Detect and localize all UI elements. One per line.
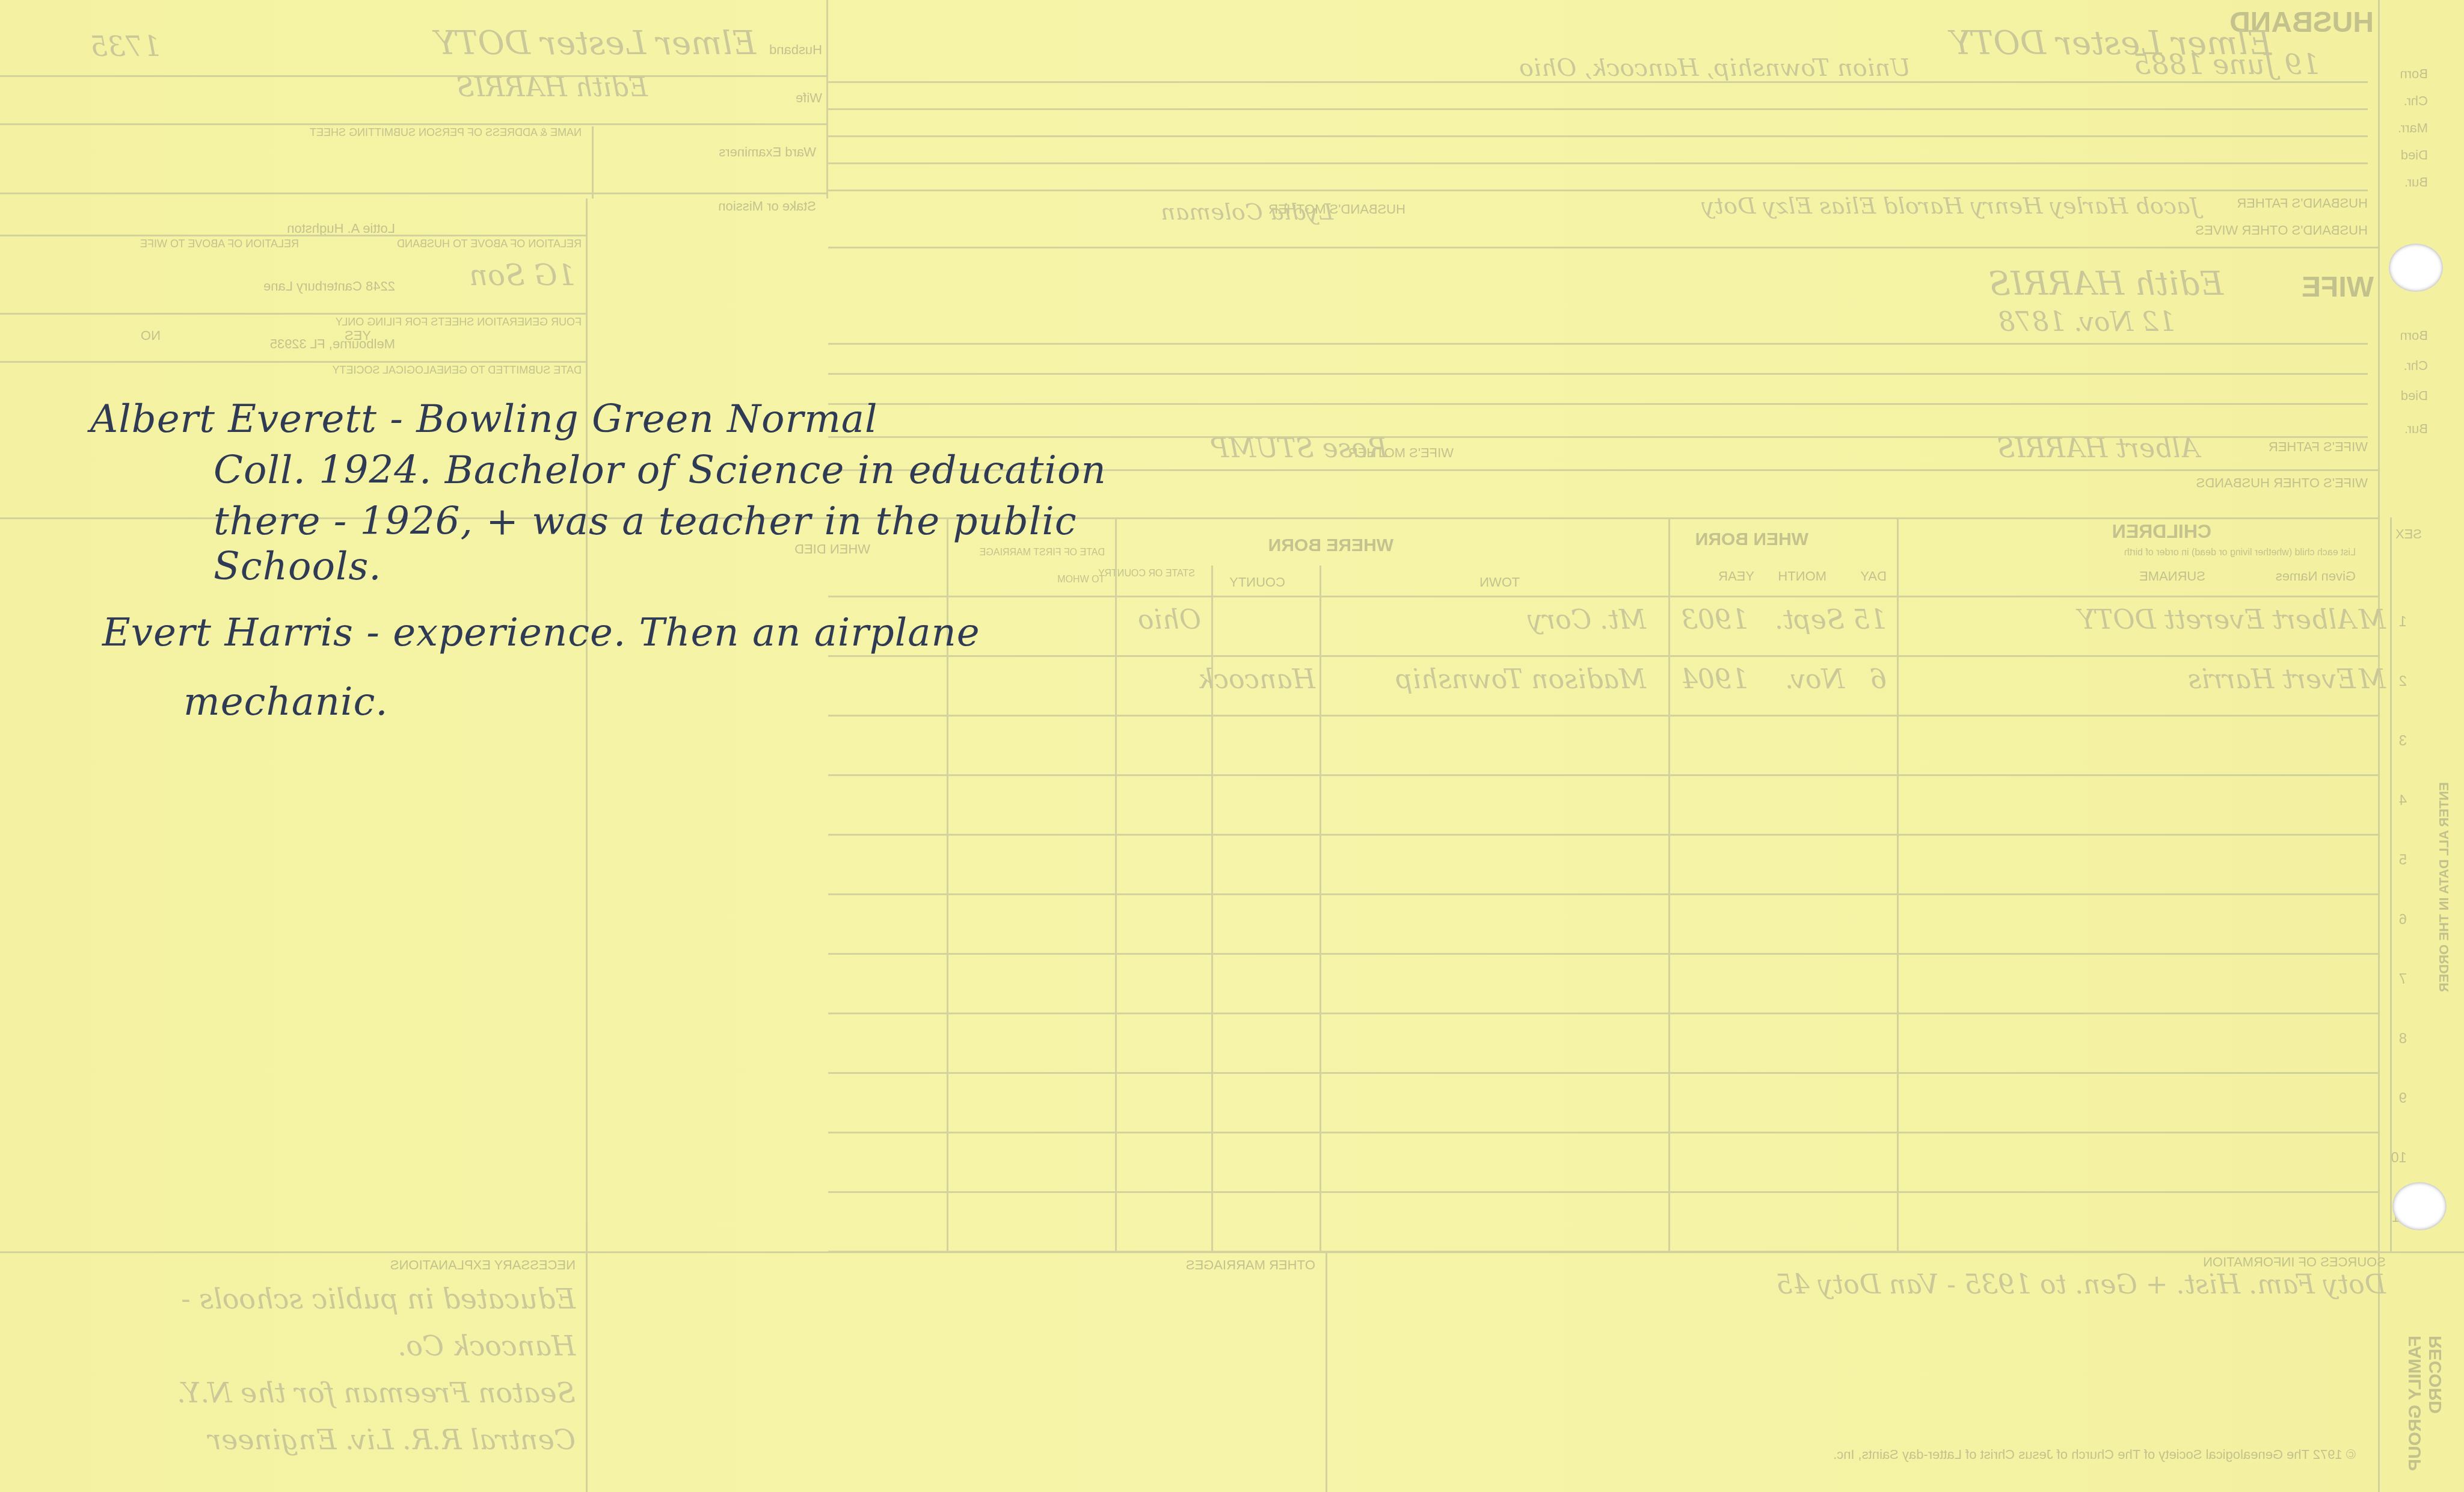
- wife-born-date: 12 Nov. 1878: [1998, 307, 2175, 338]
- child-name: Albert Everett DOTY: [2078, 605, 2356, 635]
- wife-father-label: WIFE'S FATHER: [2269, 439, 2368, 455]
- sources-value: Doty Fam. Hist. + Gen. to 1935 - Van Dot…: [1776, 1269, 2386, 1300]
- sex-header: SEX: [2395, 526, 2422, 542]
- wife-died-label: Died: [2401, 388, 2428, 404]
- wife-bur-label: Bur.: [2404, 421, 2428, 437]
- row-number: 4: [2399, 792, 2407, 809]
- husband-father-value: Jacob Harley Henry Harold Elias Elzy Dot…: [1701, 193, 2199, 219]
- husband-died-label: Died: [2401, 147, 2428, 163]
- surname-header: SURNAME: [2139, 569, 2205, 584]
- wife-name-ghost: Edith HARRIS: [456, 72, 648, 103]
- child-month: Nov.: [1785, 664, 1845, 695]
- where-born-header: WHERE BORN: [1268, 535, 1393, 556]
- table-row-divider: [828, 953, 2380, 955]
- explanations-text: Educated in public schools - Hancock Co.…: [177, 1275, 576, 1463]
- no-label: NO: [141, 328, 161, 344]
- child-sex: M: [2359, 664, 2386, 695]
- wife-section-label: WIFE: [2302, 271, 2374, 304]
- wife-chr-label: Chr.: [2404, 358, 2428, 374]
- note-line: Albert Everett - Bowling Green Normal: [90, 397, 877, 442]
- husband-mother-value: Lydia Coleman: [1161, 199, 1333, 225]
- husband-father-label: HUSBAND'S FATHER: [2237, 196, 2368, 211]
- bleed-through-form: Husband Wife Elmer Lester DOTY Edith HAR…: [0, 0, 2464, 1492]
- table-row-divider: [828, 1191, 2380, 1193]
- explanations-label: NECESSARY EXPLANATIONS: [390, 1257, 576, 1273]
- to-whom-header: TO WHOM: [1057, 575, 1105, 585]
- note-line: Schools.: [214, 544, 382, 589]
- punch-hole: [2392, 1182, 2447, 1230]
- row-number: 5: [2399, 852, 2407, 869]
- wife-name-main: Edith HARRIS: [1988, 265, 2223, 303]
- husband-born-place: Union Township, Hancock, Ohio: [1519, 54, 1911, 82]
- row-number: 1: [2399, 614, 2407, 630]
- husband-other-wives-label: HUSBAND'S OTHER WIVES: [2195, 223, 2368, 238]
- table-row-divider: [828, 1013, 2380, 1014]
- town-header: TOWN: [1479, 575, 1520, 590]
- punch-hole: [2389, 244, 2443, 292]
- table-row-divider: [828, 715, 2380, 717]
- side-title: FAMILY GROUP RECORD: [2405, 1336, 2446, 1492]
- sheet-number: 1735: [90, 30, 161, 63]
- county-header: COUNTY: [1229, 575, 1285, 590]
- relation-value: 1G Son: [469, 259, 576, 292]
- row-number: 2: [2399, 673, 2407, 690]
- note-line: Coll. 1924. Bachelor of Science in educa…: [214, 448, 1107, 493]
- four-gen-label: FOUR GENERATION SHEETS FOR FILING ONLY: [336, 316, 582, 328]
- husband-marr-label: Marr.: [2398, 120, 2428, 136]
- husband-label: Husband: [769, 42, 822, 58]
- row-number: 8: [2399, 1031, 2407, 1047]
- child-state: Ohio: [1138, 605, 1201, 635]
- child-town: Madison Township: [1396, 664, 1647, 695]
- other-marriages-label: OTHER MARRIAGES: [1186, 1257, 1315, 1273]
- note-line: Evert Harris - experience. Then an airpl…: [102, 611, 980, 655]
- document-sheet: Husband Wife Elmer Lester DOTY Edith HAR…: [0, 0, 2464, 1492]
- ward-label: Ward Examiners: [719, 144, 816, 160]
- wife-born-label: Born: [2400, 328, 2428, 344]
- day-header: DAY: [1860, 569, 1887, 584]
- copyright: © 1972 The Genealogical Society of The C…: [1833, 1447, 2356, 1463]
- wife-father-value: Albert HARRIS: [1997, 433, 2199, 464]
- row-number: 9: [2399, 1090, 2407, 1107]
- husband-born-label: Born: [2400, 66, 2428, 82]
- submitter-line: 2248 Canterbury Lane: [263, 277, 395, 296]
- state-header: STATE OR COUNTRY: [1098, 569, 1195, 579]
- month-header: MONTH: [1778, 569, 1826, 584]
- note-line: mechanic.: [183, 680, 389, 724]
- explanation-line: Hancock Co.: [177, 1322, 576, 1369]
- child-name: Evert Harris: [2188, 664, 2356, 695]
- husband-chr-label: Chr.: [2404, 93, 2428, 109]
- year-header: YEAR: [1718, 569, 1754, 584]
- table-row-divider: [828, 655, 2380, 657]
- child-month: Sept.: [1775, 605, 1845, 635]
- wife-label: Wife: [796, 90, 822, 106]
- genealogical-label: DATE SUBMITTED TO GENEALOGICAL SOCIETY: [333, 364, 582, 377]
- yes-label: YES: [345, 328, 371, 344]
- children-subheader: List each child (whether living or dead)…: [2124, 547, 2356, 558]
- explanation-line: Educated in public schools -: [177, 1275, 576, 1322]
- child-county: Hancock: [1198, 664, 1315, 695]
- stake-label: Stake or Mission: [718, 199, 816, 214]
- wife-other-husbands-label: WIFE'S OTHER HUSBANDS: [2196, 475, 2368, 491]
- table-row-divider: [828, 834, 2380, 836]
- child-sex: M: [2359, 605, 2386, 635]
- children-header: CHILDREN: [2112, 520, 2211, 543]
- side-note: ENTER ALL DATA IN THE ORDER: [2436, 782, 2452, 992]
- table-row-divider: [828, 1072, 2380, 1074]
- relation-husband-label: RELATION OF ABOVE TO HUSBAND: [397, 238, 582, 250]
- child-town: Mt. Cory: [1528, 605, 1646, 635]
- first-marriage-header: DATE OF FIRST MARRIAGE: [980, 547, 1105, 558]
- explanation-line: Central R.R. Liv. Engineer: [177, 1416, 576, 1463]
- husband-name-ghost: Elmer Lester DOTY: [435, 24, 756, 62]
- row-number: 3: [2399, 733, 2407, 750]
- husband-bur-label: Bur.: [2404, 174, 2428, 190]
- explanation-line: Seaton Freeman for the N.Y.: [177, 1369, 576, 1416]
- row-number: 6: [2399, 911, 2407, 928]
- wife-mother-value: Rose STUMP: [1211, 433, 1387, 464]
- child-year: 1903: [1681, 605, 1748, 635]
- husband-born-date: 19 June 1885: [2133, 48, 2320, 81]
- table-row-divider: [828, 1132, 2380, 1133]
- row-number: 7: [2399, 971, 2407, 988]
- given-header: Given Names: [2276, 569, 2356, 584]
- when-born-header: WHEN BORN: [1695, 529, 1808, 550]
- table-row-divider: [828, 774, 2380, 776]
- relation-wife-label: RELATION OF ABOVE TO WIFE: [140, 238, 299, 250]
- child-day: 15: [1853, 605, 1887, 635]
- sources-label: SOURCES OF INFORMATION: [2203, 1254, 2386, 1270]
- child-year: 1904: [1681, 664, 1748, 695]
- row-number: 10: [2391, 1150, 2407, 1167]
- child-day: 6: [1870, 664, 1887, 695]
- submitter-label: NAME & ADDRESS OF PERSON SUBMITTING SHEE…: [310, 126, 582, 139]
- submitter-line: Melbourne, FL 32935: [263, 334, 395, 354]
- note-line: there - 1926, + was a teacher in the pub…: [214, 499, 1077, 544]
- table-row-divider: [828, 893, 2380, 895]
